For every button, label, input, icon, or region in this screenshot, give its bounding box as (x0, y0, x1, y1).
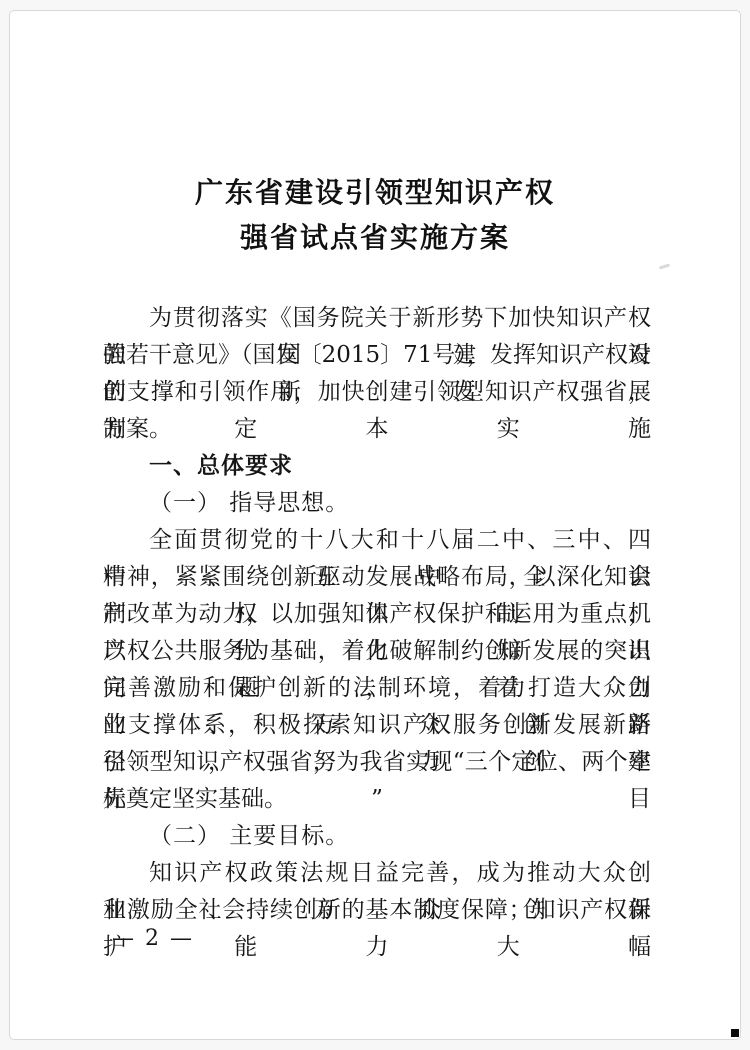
text-line: （二） 主要目标。 (103, 818, 651, 855)
document-title: 广东省建设引领型知识产权 强省试点省实施方案 (0, 170, 750, 260)
text-line: 的支撑和引领作用，加快创建引领型知识产权强省，制定本实施 (103, 374, 651, 411)
text-line: 一、总体要求 (103, 448, 651, 485)
text-line: 产权公共服务为基础，着力破解制约创新发展的突出问题，着力 (103, 633, 651, 670)
text-line: 的若干意见》（国发〔2015〕71号），发挥知识产权对创新发展 (103, 337, 651, 374)
title-line-1: 广东省建设引领型知识产权 (0, 170, 750, 215)
text-line: 完善激励和保护创新的法制环境，着力打造大众创业、万众创新 (103, 670, 651, 707)
text-line: 的支撑体系，积极探索知识产权服务创新发展新路径，努力创建 (103, 707, 651, 744)
text-line: 精神，紧紧围绕创新驱动发展战略布局，以深化知识产权体制机 (103, 559, 651, 596)
text-line: （一） 指导思想。 (103, 485, 651, 522)
text-line: 制改革为动力，以加强知识产权保护和运用为重点，以优化知识 (103, 596, 651, 633)
title-line-2: 强省试点省实施方案 (0, 215, 750, 260)
page-number: — 2 — (112, 920, 194, 957)
text-line: 引领型知识产权强省，为我省实现“三个定位、两个率先”目 (103, 744, 651, 781)
scan-corner-artifact (731, 1029, 739, 1037)
document-body: 为贯彻落实《国务院关于新形势下加快知识产权强国建设的若干意见》（国发〔2015〕… (103, 300, 651, 929)
text-line: 全面贯彻党的十八大和十八届二中、三中、四中、五中全会 (103, 522, 651, 559)
text-line: 知识产权政策法规日益完善，成为推动大众创业、万众创新 (103, 855, 651, 892)
text-line: 为贯彻落实《国务院关于新形势下加快知识产权强国建设 (103, 300, 651, 337)
